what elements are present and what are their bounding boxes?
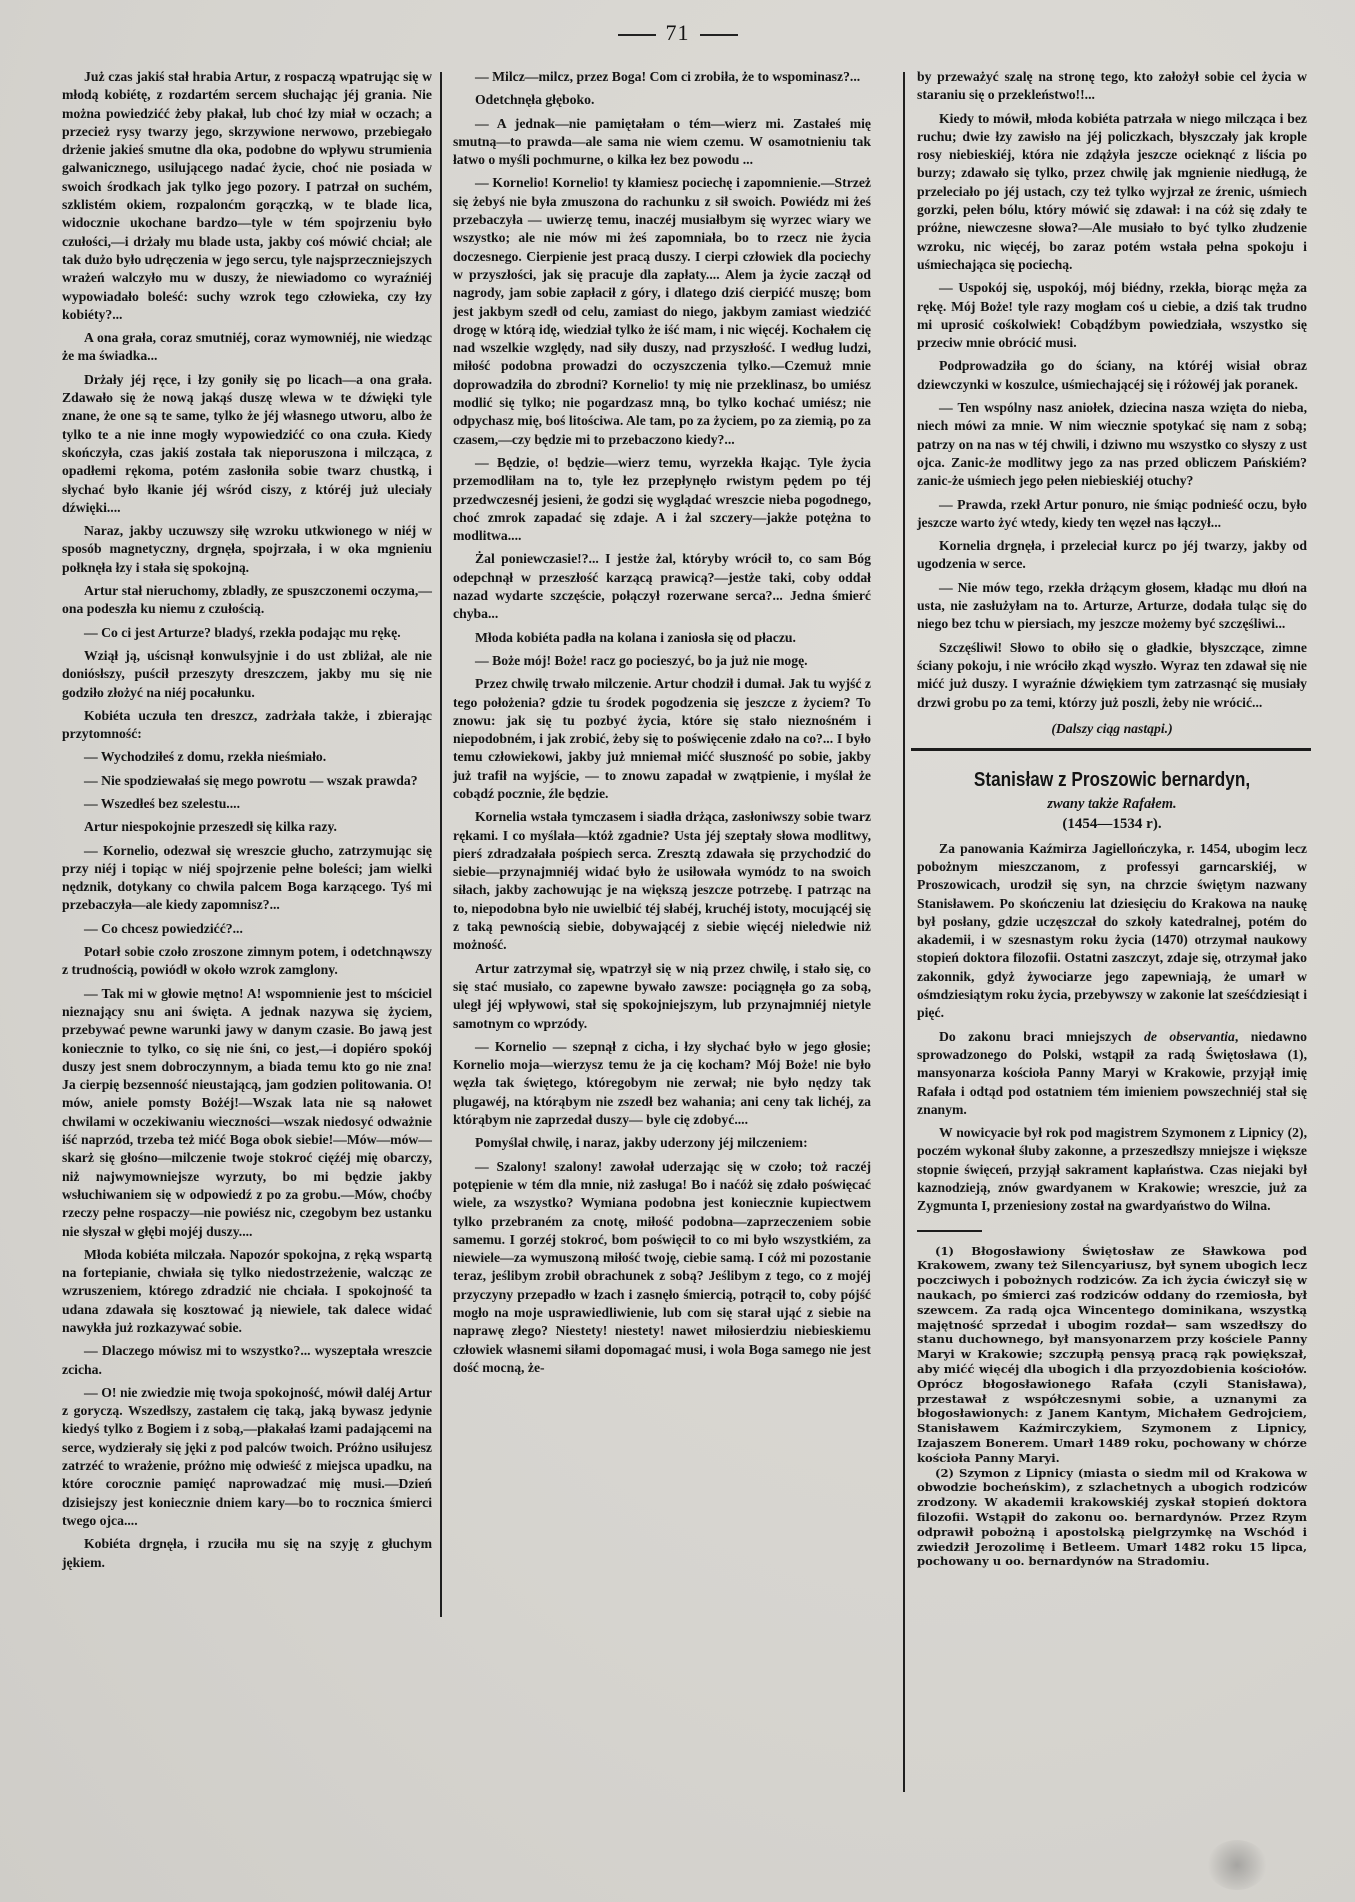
paragraph: — Uspokój się, uspokój, mój biédny, rzek…: [917, 279, 1307, 352]
paragraph: — Nie mów tego, rzekła drżącym głosem, k…: [917, 579, 1307, 634]
paragraph: — Milcz—milcz, przez Boga! Com ci zrobił…: [453, 68, 871, 86]
paragraph: Potarł sobie czoło zroszone zimnym potem…: [62, 943, 432, 980]
paragraph: — Boże mój! Boże! racz go pocieszyć, bo …: [453, 652, 871, 670]
paragraph: Szczęśliwi! Słowo to obiło się o gładkie…: [917, 639, 1307, 712]
section-divider: [911, 748, 1311, 751]
paragraph: — Co ci jest Arturze? bladyś, rzekła pod…: [62, 624, 432, 642]
paragraph: Kiedy to mówił, młoda kobiéta patrzała w…: [917, 110, 1307, 275]
article-dates: (1454—1534 r).: [917, 815, 1307, 833]
article-paragraph: Za panowania Kaźmirza Jagiellończyka, r.…: [917, 840, 1307, 1023]
footnote-divider: [917, 1230, 982, 1232]
paragraph: Drżały jéj ręce, i łzy goniły się po lic…: [62, 371, 432, 517]
footnote: (1) Błogosławiony Świętosław ze Sławkowa…: [917, 1244, 1307, 1466]
ink-smudge: [1207, 1840, 1267, 1890]
article-paragraph: W nowicyacie był rok pod magistrem Szymo…: [917, 1124, 1307, 1215]
page-number: 71: [0, 20, 1355, 46]
paragraph: — Prawda, rzekł Artur ponuro, nie śmiąc …: [917, 496, 1307, 533]
paragraph: Odetchnęła głęboko.: [453, 91, 871, 109]
paragraph: Kornelia drgnęła, i przeleciał kurcz po …: [917, 537, 1307, 574]
paragraph: Artur niespokojnie przeszedł się kilka r…: [62, 818, 432, 836]
footnotes: (1) Błogosławiony Świętosław ze Sławkowa…: [917, 1244, 1307, 1570]
paragraph: Wziął ją, uścisnął konwulsyjnie i do ust…: [62, 647, 432, 702]
paragraph: — Wychodziłeś z domu, rzekła nieśmiało.: [62, 748, 432, 766]
paragraph: Pomyślał chwilę, i naraz, jakby uderzony…: [453, 1134, 871, 1152]
paragraph: — Dlaczego mówisz mi to wszystko?... wys…: [62, 1342, 432, 1379]
latin-phrase: de observantia: [1144, 1029, 1235, 1044]
paragraph: Podprowadziła go do ściany, na któréj wi…: [917, 357, 1307, 394]
continued-note: (Dalszy ciąg nastąpi.): [917, 720, 1307, 738]
column-divider-left: [440, 72, 442, 1617]
paragraph: Przez chwilę trwało milczenie. Artur cho…: [453, 675, 871, 803]
footnote: (2) Szymon z Lipnicy (miasta o siedm mil…: [917, 1466, 1307, 1570]
paragraph: Już czas jakiś stał hrabia Artur, z rosp…: [62, 68, 432, 324]
paragraph: — Ten wspólny nasz aniołek, dziecina nas…: [917, 399, 1307, 490]
article-body: Za panowania Kaźmirza Jagiellończyka, r.…: [917, 840, 1307, 1216]
paragraph: — Co chcesz powiedzićć?...: [62, 920, 432, 938]
paragraph: — Kornelio, odezwał się wreszcie głucho,…: [62, 842, 432, 915]
article-subtitle: zwany także Rafałem.: [917, 795, 1307, 813]
article-title: Stanisław z Proszowic bernardyn,: [944, 767, 1279, 793]
paragraph: — Wszedłeś bez szelestu....: [62, 795, 432, 813]
left-column: Już czas jakiś stał hrabia Artur, z rosp…: [62, 68, 432, 1577]
paragraph: — Kornelio — szepnął z cicha, i łzy słyc…: [453, 1038, 871, 1129]
paragraph: — Będzie, o! będzie—wierz temu, wyrzekła…: [453, 454, 871, 545]
paragraph: Młoda kobiéta milczała. Napozór spokojna…: [62, 1246, 432, 1337]
paragraph: — Kornelio! Kornelio! ty kłamiesz pociec…: [453, 174, 871, 448]
paragraph: — O! nie zwiedzie mię twoja spokojność, …: [62, 1384, 432, 1530]
paragraph: — A jednak—nie pamiętałam o tém—wierz mi…: [453, 115, 871, 170]
paragraph: Żal poniewczasie!?... I jestże żal, któr…: [453, 550, 871, 623]
dash-decoration: [618, 34, 656, 36]
paragraph: Naraz, jakby uczuwszy siłę wzroku utkwio…: [62, 522, 432, 577]
middle-column: — Milcz—milcz, przez Boga! Com ci zrobił…: [453, 68, 871, 1382]
paragraph: Kobiéta uczuła ten dreszcz, zadrżała tak…: [62, 707, 432, 744]
right-column: by przeważyć szalę na stronę tego, kto z…: [917, 68, 1307, 1569]
story-continuation: by przeważyć szalę na stronę tego, kto z…: [917, 68, 1307, 712]
paragraph: Kornelia wstała tymczasem i siadła drżąc…: [453, 808, 871, 954]
paragraph: by przeważyć szalę na stronę tego, kto z…: [917, 68, 1307, 105]
dash-decoration: [700, 34, 738, 36]
paragraph: A ona grała, coraz smutniéj, coraz wymow…: [62, 329, 432, 366]
paragraph: — Nie spodziewałaś się mego powrotu — ws…: [62, 772, 432, 790]
column-divider-right: [903, 72, 905, 1792]
paragraph: — Tak mi w głowie mętno! A! wspomnienie …: [62, 985, 432, 1241]
paragraph: Kobiéta drgnęła, i rzuciła mu się na szy…: [62, 1535, 432, 1572]
paragraph: — Szalony! szalony! zawołał uderzając si…: [453, 1158, 871, 1378]
paragraph: Młoda kobiéta padła na kolana i zaniosła…: [453, 629, 871, 647]
paragraph: Artur stał nieruchomy, zbladły, ze spusz…: [62, 582, 432, 619]
page-number-value: 71: [666, 20, 690, 45]
article-paragraph: Do zakonu braci mniejszych de observanti…: [917, 1028, 1307, 1119]
paragraph: Artur zatrzymał się, wpatrzył się w nią …: [453, 960, 871, 1033]
